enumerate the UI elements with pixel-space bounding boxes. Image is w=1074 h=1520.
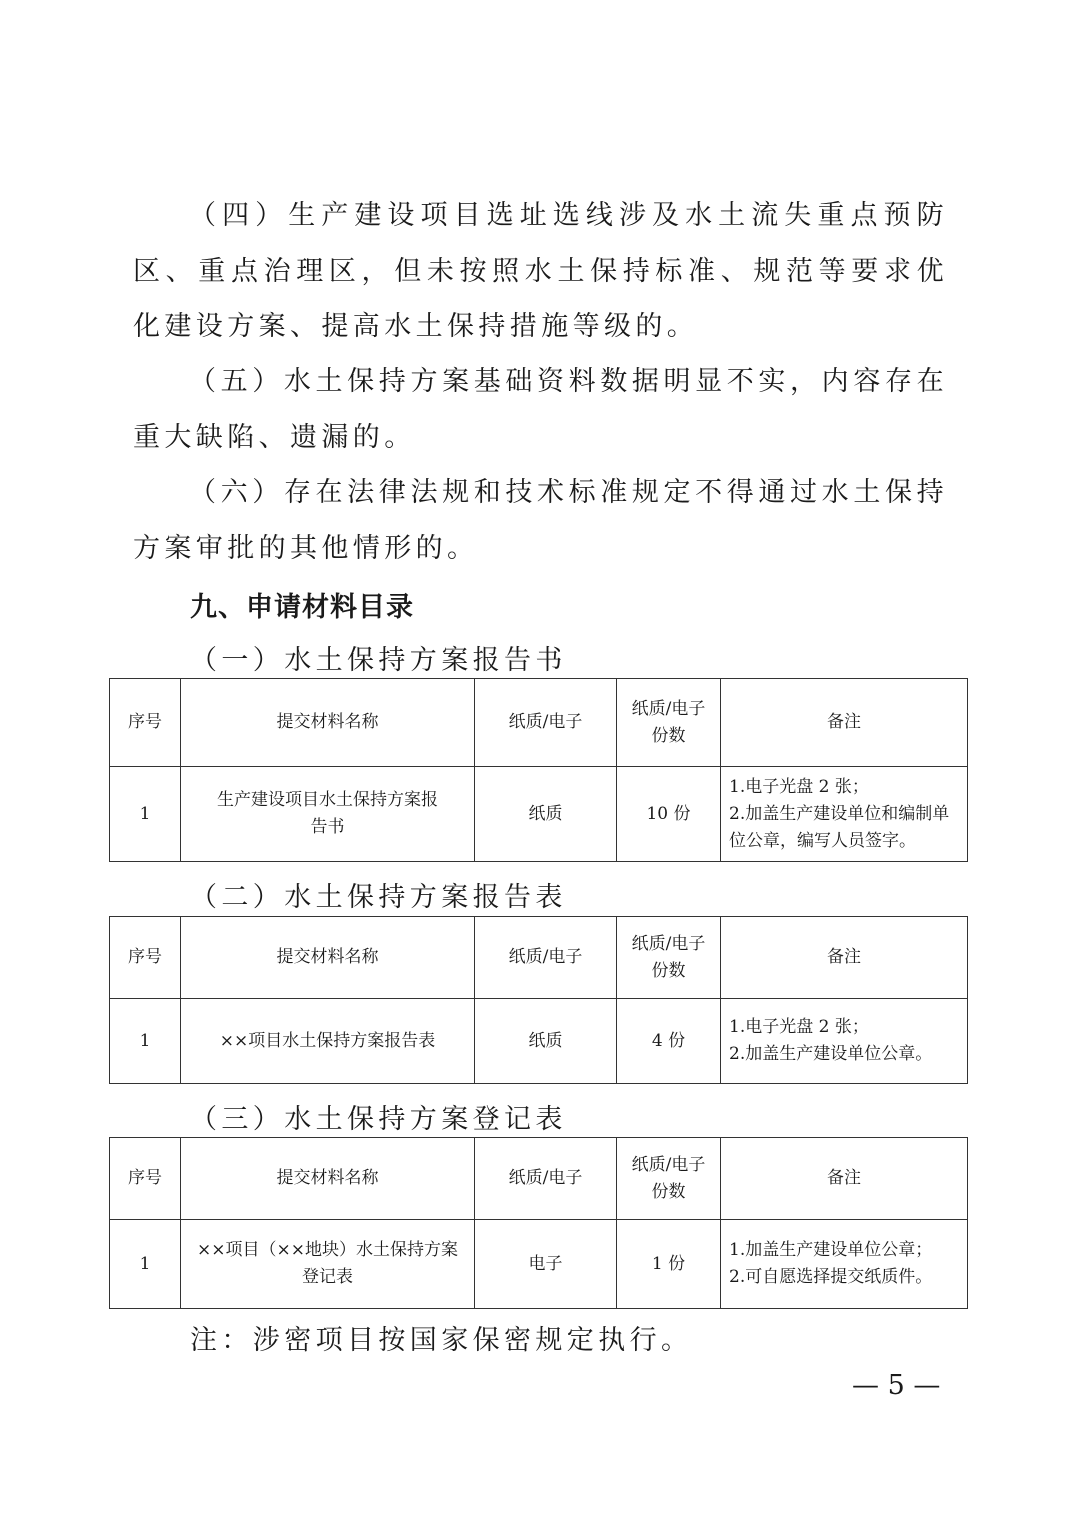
cell-copies: 10 份 bbox=[617, 767, 721, 862]
table-row: 1 ××项目水土保持方案报告表 纸质 4 份 1.电子光盘 2 张；2.加盖生产… bbox=[110, 999, 968, 1084]
remark-line-1: 1.电子光盘 2 张； bbox=[729, 777, 869, 797]
cell-format: 电子 bbox=[475, 1220, 617, 1309]
confidentiality-note: 注：涉密项目按国家保密规定执行。 bbox=[190, 1318, 692, 1357]
paragraph-item-5: （五）水土保持方案基础资料数据明显不实，内容存在重大缺陷、遗漏的。 bbox=[133, 354, 948, 465]
remark-line-1: 1.加盖生产建设单位公章； bbox=[729, 1240, 932, 1260]
table-2-title: （二）水土保持方案报告表 bbox=[190, 875, 567, 914]
header-copies-line1: 纸质/电子 bbox=[632, 934, 706, 954]
header-copies-line2: 份数 bbox=[652, 726, 686, 746]
cell-remark: 1.电子光盘 2 张；2.加盖生产建设单位和编制单位公章，编写人员签字。 bbox=[721, 767, 968, 862]
header-copies-line1: 纸质/电子 bbox=[632, 1155, 706, 1175]
cell-index: 1 bbox=[110, 1220, 181, 1309]
cell-format: 纸质 bbox=[475, 999, 617, 1084]
header-name: 提交材料名称 bbox=[181, 1138, 475, 1220]
remark-line-2: 2.加盖生产建设单位和编制单位公章，编写人员签字。 bbox=[729, 804, 949, 851]
header-copies-line2: 份数 bbox=[652, 961, 686, 981]
header-format: 纸质/电子 bbox=[475, 1138, 617, 1220]
cell-copies: 4 份 bbox=[617, 999, 721, 1084]
cell-remark: 1.电子光盘 2 张；2.加盖生产建设单位公章。 bbox=[721, 999, 968, 1084]
header-format: 纸质/电子 bbox=[475, 679, 617, 767]
header-name: 提交材料名称 bbox=[181, 917, 475, 999]
header-remark: 备注 bbox=[721, 917, 968, 999]
cell-copies: 1 份 bbox=[617, 1220, 721, 1309]
header-copies: 纸质/电子份数 bbox=[617, 1138, 721, 1220]
remark-line-2: 2.加盖生产建设单位公章。 bbox=[729, 1044, 932, 1064]
page-number: — 5 — bbox=[852, 1370, 940, 1401]
header-copies-line1: 纸质/电子 bbox=[632, 699, 706, 719]
header-index: 序号 bbox=[110, 1138, 181, 1220]
header-name: 提交材料名称 bbox=[181, 679, 475, 767]
remark-line-2: 2.可自愿选择提交纸质件。 bbox=[729, 1267, 932, 1287]
cell-format: 纸质 bbox=[475, 767, 617, 862]
cell-index: 1 bbox=[110, 767, 181, 862]
remark-line-1: 1.电子光盘 2 张； bbox=[729, 1017, 869, 1037]
cell-name: 生产建设项目水土保持方案报告书 bbox=[181, 767, 475, 862]
table-row: 1 ××项目（××地块）水土保持方案登记表 电子 1 份 1.加盖生产建设单位公… bbox=[110, 1220, 968, 1309]
materials-table-1: 序号 提交材料名称 纸质/电子 纸质/电子份数 备注 1 生产建设项目水土保持方… bbox=[109, 678, 968, 862]
materials-table-3: 序号 提交材料名称 纸质/电子 纸质/电子份数 备注 1 ××项目（××地块）水… bbox=[109, 1137, 968, 1309]
table-3-title: （三）水土保持方案登记表 bbox=[190, 1097, 567, 1136]
table-row: 1 生产建设项目水土保持方案报告书 纸质 10 份 1.电子光盘 2 张；2.加… bbox=[110, 767, 968, 862]
cell-index: 1 bbox=[110, 999, 181, 1084]
section-heading: 九、申请材料目录 bbox=[190, 585, 414, 624]
paragraph-item-6: （六）存在法律法规和技术标准规定不得通过水土保持方案审批的其他情形的。 bbox=[133, 465, 948, 576]
header-remark: 备注 bbox=[721, 679, 968, 767]
header-remark: 备注 bbox=[721, 1138, 968, 1220]
cell-name: ××项目水土保持方案报告表 bbox=[181, 999, 475, 1084]
header-copies: 纸质/电子份数 bbox=[617, 679, 721, 767]
materials-table-2: 序号 提交材料名称 纸质/电子 纸质/电子份数 备注 1 ××项目水土保持方案报… bbox=[109, 916, 968, 1084]
table-1-title: （一）水土保持方案报告书 bbox=[190, 638, 567, 677]
paragraph-item-4: （四）生产建设项目选址选线涉及水土流失重点预防区、重点治理区，但未按照水土保持标… bbox=[133, 188, 948, 355]
cell-remark: 1.加盖生产建设单位公章；2.可自愿选择提交纸质件。 bbox=[721, 1220, 968, 1309]
header-index: 序号 bbox=[110, 917, 181, 999]
cell-name: ××项目（××地块）水土保持方案登记表 bbox=[181, 1220, 475, 1309]
table-header-row: 序号 提交材料名称 纸质/电子 纸质/电子份数 备注 bbox=[110, 917, 968, 999]
header-copies-line2: 份数 bbox=[652, 1182, 686, 1202]
header-copies: 纸质/电子份数 bbox=[617, 917, 721, 999]
table-header-row: 序号 提交材料名称 纸质/电子 纸质/电子份数 备注 bbox=[110, 679, 968, 767]
header-format: 纸质/电子 bbox=[475, 917, 617, 999]
table-header-row: 序号 提交材料名称 纸质/电子 纸质/电子份数 备注 bbox=[110, 1138, 968, 1220]
header-index: 序号 bbox=[110, 679, 181, 767]
